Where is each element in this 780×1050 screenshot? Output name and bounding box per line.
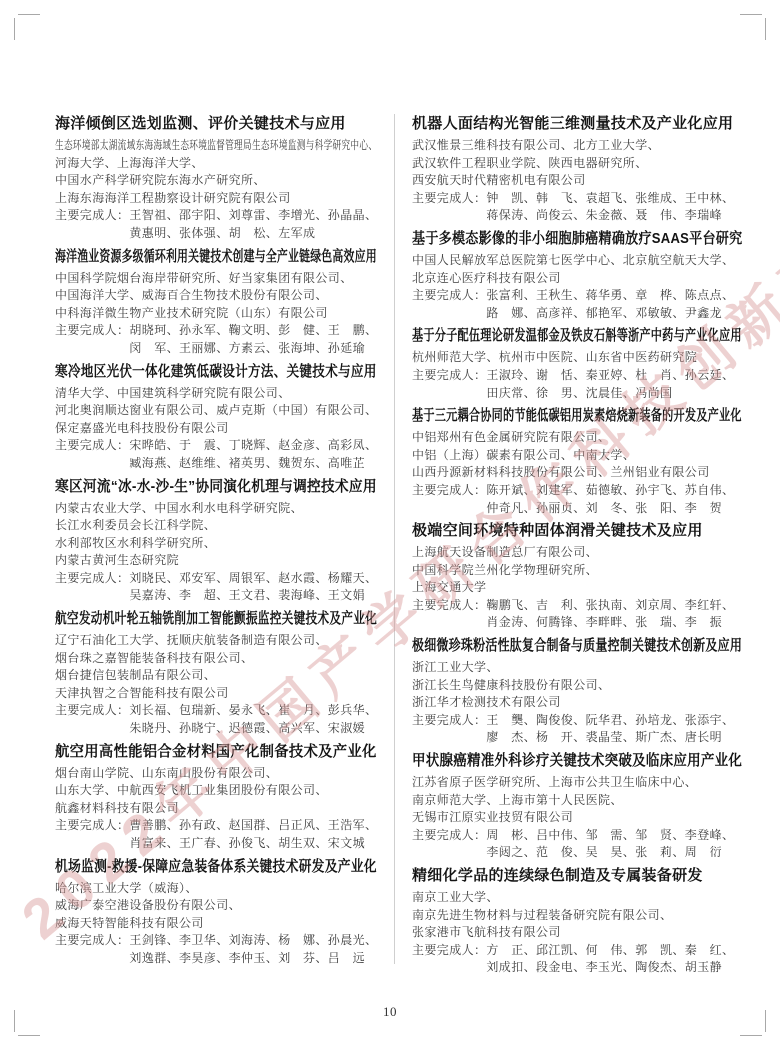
people-block: 主要完成人：钟 凯、韩 飞、袁超飞、张维成、王中林、蒋保涛、尚俊云、朱金薇、聂 … — [412, 190, 742, 225]
entry-title: 基于分子配伍理论研发温郁金及铁皮石斛等浙产中药与产业化应用 — [412, 326, 657, 346]
organization-line: 张家港市飞航科技有限公司 — [412, 924, 742, 942]
award-entry: 寒区河流“冰-水-沙-生”协同演化机理与调控技术应用内蒙古农业大学、中国水利水电… — [55, 477, 377, 606]
organization-line: 中国科学院烟台海岸带研究所、好当家集团有限公司、 — [55, 270, 377, 288]
people-line: 曹善鹏、孙有政、赵国群、吕正风、王浩军、 — [129, 817, 377, 835]
entry-title: 机器人面结构光智能三维测量技术及产业化应用 — [412, 114, 742, 134]
organization-line: 无锡市江原实业技贸有限公司 — [412, 809, 742, 827]
right-column: 机器人面结构光智能三维测量技术及产业化应用武汉惟景三维科技有限公司、北方工业大学… — [412, 110, 742, 977]
entry-title: 海洋渔业资源多级循环利用关键技术创建与全产业链绿色高效应用 — [55, 247, 289, 267]
people-line: 吴嘉涛、李 超、王文君、裴海峰、王文娟 — [129, 587, 377, 605]
organization-line: 南京先进生物材料与过程装备研究院有限公司、 — [412, 907, 742, 925]
document-page: 2022年中国产学研合作科技创新获奖名单 海洋倾倒区选划监测、评价关键技术与应用… — [0, 0, 780, 1050]
entry-title: 基于多模态影像的非小细胞肺癌精确放疗SAAS平台研究 — [412, 229, 699, 249]
award-entry: 基于多模态影像的非小细胞肺癌精确放疗SAAS平台研究中国人民解放军总医院第七医学… — [412, 229, 742, 322]
people-line: 路 娜、高彦祥、郁艳军、邓敏敏、尹鑫龙 — [486, 305, 742, 323]
organization-line: 威海广泰空港设备股份有限公司、 — [55, 897, 377, 915]
people-names: 周 彬、吕中伟、邹 需、邹 贤、李登峰、李闼之、范 俊、吴 昊、张 莉、周 衍 — [486, 827, 742, 862]
people-line: 钟 凯、韩 飞、袁超飞、张维成、王中林、 — [486, 190, 742, 208]
people-block: 主要完成人：曹善鹏、孙有政、赵国群、吕正风、王浩军、肖富来、王广春、孙俊飞、胡生… — [55, 817, 377, 852]
people-label: 主要完成人： — [412, 482, 486, 517]
organization-line: 北京连心医疗科技有限公司 — [412, 270, 742, 288]
organization-line: 南京工业大学、 — [412, 889, 742, 907]
cropmark-top-right-v — [765, 18, 766, 40]
entry-title: 基于三元耦合协同的节能低碳铝用炭素焙烧新装备的开发及产业化 — [412, 406, 657, 426]
award-entry: 极细微珍珠粉活性肽复合制备与质量控制关键技术创新及应用浙江工业大学、浙江长生鸟健… — [412, 636, 742, 747]
people-label: 主要完成人： — [412, 942, 486, 977]
people-names: 王淑玲、谢 恬、秦亚婷、杜 肖、孙云廷、田庆常、徐 男、沈晨佳、冯尚国 — [486, 367, 742, 402]
organization-line: 武汉软件工程职业学院、陕西电器研究所、 — [412, 155, 742, 173]
organization-line: 上海航天设备制造总厂有限公司、 — [412, 544, 742, 562]
people-names: 刘长福、包瑞新、晏永飞、崔 月、彭兵华、朱晓丹、孙晓宁、迟德霞、高兴军、宋淑媛 — [129, 702, 377, 737]
organization-line: 中国人民解放军总医院第七医学中心、北京航空航天大学、 — [412, 252, 742, 270]
organization-line: 生态环境部太湖流域东海海域生态环境监督管理局生态环境监测与科学研究中心、 — [55, 137, 287, 155]
people-line: 蒋保涛、尚俊云、朱金薇、聂 伟、李瑞峰 — [486, 207, 742, 225]
award-entry: 基于三元耦合协同的节能低碳铝用炭素焙烧新装备的开发及产业化中铝郑州有色金属研究院… — [412, 406, 742, 517]
people-block: 主要完成人：方 正、邱江凯、何 伟、郭 凯、秦 红、刘成扣、段金电、李玉光、陶俊… — [412, 942, 742, 977]
organization-line: 哈尔滨工业大学（威海）、 — [55, 880, 377, 898]
organization-line: 威海天特智能科技有限公司 — [55, 915, 377, 933]
people-line: 王剑锋、李卫华、刘海涛、杨 娜、孙晨光、 — [129, 932, 377, 950]
people-block: 主要完成人：刘长福、包瑞新、晏永飞、崔 月、彭兵华、朱晓丹、孙晓宁、迟德霞、高兴… — [55, 702, 377, 737]
award-entry: 甲状腺癌精准外科诊疗关键技术突破及临床应用产业化江苏省原子医学研究所、上海市公共… — [412, 751, 742, 862]
people-label: 主要完成人： — [55, 322, 129, 357]
award-entry: 机场监测-救援-保障应急装备体系关键技术研发及产业化哈尔滨工业大学（威海）、威海… — [55, 857, 377, 968]
people-line: 刘晓民、邓安军、周银军、赵水霞、杨耀天、 — [129, 570, 377, 588]
people-names: 鞠鹏飞、吉 利、张执南、刘京周、李红轩、肖金涛、何腾锋、李畔畔、张 瑞、李 振 — [486, 597, 742, 632]
people-names: 钟 凯、韩 飞、袁超飞、张维成、王中林、蒋保涛、尚俊云、朱金薇、聂 伟、李瑞峰 — [486, 190, 742, 225]
organization-line: 河海大学、上海海洋大学、 — [55, 155, 377, 173]
people-names: 王 龑、陶俊俊、阮华君、孙培龙、张添宇、廖 杰、杨 开、裘晶莹、斯广杰、唐长明 — [486, 712, 742, 747]
people-line: 宋晔皓、于 震、丁晓辉、赵金彦、高彩凤、 — [129, 437, 377, 455]
people-block: 主要完成人：陈开斌、刘建军、茹德敏、孙宇飞、苏自伟、仲奇凡、孙丽贞、刘 冬、张 … — [412, 482, 742, 517]
entry-title: 航空用高性能铝合金材料国产化制备技术及产业化 — [55, 742, 363, 762]
people-block: 主要完成人：张富利、王秋生、蒋华勇、章 桦、陈点点、路 娜、高彦祥、郁艳军、邓敏… — [412, 287, 742, 322]
people-names: 曹善鹏、孙有政、赵国群、吕正风、王浩军、肖富来、王广春、孙俊飞、胡生双、宋文城 — [129, 817, 377, 852]
people-line: 陈开斌、刘建军、茹德敏、孙宇飞、苏自伟、 — [486, 482, 742, 500]
organization-line: 武汉惟景三维科技有限公司、北方工业大学、 — [412, 137, 742, 155]
people-line: 胡晓珂、孙永军、鞠文明、彭 健、王 鹏、 — [129, 322, 377, 340]
entry-title: 极细微珍珠粉活性肽复合制备与质量控制关键技术创新及应用 — [412, 636, 676, 656]
people-block: 主要完成人：宋晔皓、于 震、丁晓辉、赵金彦、高彩凤、臧海燕、赵维维、褚英男、魏贺… — [55, 437, 377, 472]
people-names: 方 正、邱江凯、何 伟、郭 凯、秦 红、刘成扣、段金电、李玉光、陶俊杰、胡玉静 — [486, 942, 742, 977]
people-label: 主要完成人： — [55, 207, 129, 242]
cropmark-bottom-right-h — [740, 1035, 762, 1036]
people-label: 主要完成人： — [55, 702, 129, 737]
organization-line: 中国海洋大学、威海百合生物技术股份有限公司、 — [55, 287, 377, 305]
people-line: 黄惠明、张体强、胡 松、左军成 — [129, 225, 377, 243]
people-line: 臧海燕、赵维维、褚英男、魏贺东、高唯芷 — [129, 455, 377, 473]
people-line: 王 龑、陶俊俊、阮华君、孙培龙、张添宇、 — [486, 712, 742, 730]
organization-line: 江苏省原子医学研究所、上海市公共卫生临床中心、 — [412, 774, 742, 792]
entry-title: 甲状腺癌精准外科诊疗关键技术突破及临床应用产业化 — [412, 751, 709, 771]
people-names: 陈开斌、刘建军、茹德敏、孙宇飞、苏自伟、仲奇凡、孙丽贞、刘 冬、张 阳、李 贺 — [486, 482, 742, 517]
people-line: 周 彬、吕中伟、邹 需、邹 贤、李登峰、 — [486, 827, 742, 845]
people-line: 张富利、王秋生、蒋华勇、章 桦、陈点点、 — [486, 287, 742, 305]
cropmark-bottom-left-h — [18, 1035, 40, 1036]
entry-title: 寒区河流“冰-水-沙-生”协同演化机理与调控技术应用 — [55, 477, 349, 497]
people-label: 主要完成人： — [412, 287, 486, 322]
people-label: 主要完成人： — [55, 817, 129, 852]
people-line: 方 正、邱江凯、何 伟、郭 凯、秦 红、 — [486, 942, 742, 960]
organization-line: 上海东海海洋工程勘察设计研究院有限公司 — [55, 190, 377, 208]
people-line: 刘长福、包瑞新、晏永飞、崔 月、彭兵华、 — [129, 702, 377, 720]
people-line: 朱晓丹、孙晓宁、迟德霞、高兴军、宋淑媛 — [129, 720, 377, 738]
left-column: 海洋倾倒区选划监测、评价关键技术与应用生态环境部太湖流域东海海域生态环境监督管理… — [55, 110, 377, 977]
organization-line: 烟台南山学院、山东南山股份有限公司、 — [55, 765, 377, 783]
award-entry: 海洋渔业资源多级循环利用关键技术创建与全产业链绿色高效应用中国科学院烟台海岸带研… — [55, 247, 377, 358]
organization-line: 浙江华才检测技术有限公司 — [412, 694, 742, 712]
people-label: 主要完成人： — [412, 712, 486, 747]
people-names: 张富利、王秋生、蒋华勇、章 桦、陈点点、路 娜、高彦祥、郁艳军、邓敏敏、尹鑫龙 — [486, 287, 742, 322]
organization-line: 内蒙古农业大学、中国水利水电科学研究院、 — [55, 500, 377, 518]
organization-line: 山西丹源新材料科技股份有限公司、兰州铝业有限公司 — [412, 464, 742, 482]
entry-title: 极端空间环境特种固体润滑关键技术及应用 — [412, 521, 742, 541]
organization-line: 辽宁石油化工大学、抚顺庆航装备制造有限公司、 — [55, 632, 377, 650]
people-label: 主要完成人： — [412, 367, 486, 402]
organization-line: 长江水利委员会长江科学院、 — [55, 517, 377, 535]
award-entry: 机器人面结构光智能三维测量技术及产业化应用武汉惟景三维科技有限公司、北方工业大学… — [412, 114, 742, 225]
organization-line: 中铝郑州有色金属研究院有限公司、 — [412, 429, 742, 447]
organization-line: 山东大学、中航西安飞机工业集团股份有限公司、 — [55, 782, 377, 800]
people-block: 主要完成人：王智祖、邵宇阳、刘尊雷、李增光、孙晶晶、黄惠明、张体强、胡 松、左军… — [55, 207, 377, 242]
cropmark-top-left-v — [14, 18, 15, 40]
organization-line: 浙江工业大学、 — [412, 659, 742, 677]
award-entry: 寒冷地区光伏一体化建筑低碳设计方法、关键技术与应用清华大学、中国建筑科学研究院有… — [55, 362, 377, 473]
people-line: 李闼之、范 俊、吴 昊、张 莉、周 衍 — [486, 844, 742, 862]
people-line: 田庆常、徐 男、沈晨佳、冯尚国 — [486, 385, 742, 403]
organization-line: 天津执智之合智能科技有限公司 — [55, 685, 377, 703]
organization-line: 中国科学院兰州化学物理研究所、 — [412, 562, 742, 580]
organization-line: 烟台捷信包装制品有限公司、 — [55, 667, 377, 685]
people-line: 肖金涛、何腾锋、李畔畔、张 瑞、李 振 — [486, 614, 742, 632]
people-label: 主要完成人： — [412, 597, 486, 632]
page-number: 10 — [0, 1004, 780, 1020]
people-line: 仲奇凡、孙丽贞、刘 冬、张 阳、李 贺 — [486, 500, 742, 518]
people-line: 王淑玲、谢 恬、秦亚婷、杜 肖、孙云廷、 — [486, 367, 742, 385]
organization-line: 清华大学、中国建筑科学研究院有限公司、 — [55, 385, 377, 403]
organization-line: 烟台珠之嘉智能装备科技有限公司、 — [55, 650, 377, 668]
entry-title: 精细化学品的连续绿色制造及专属装备研发 — [412, 866, 742, 886]
people-block: 主要完成人：王淑玲、谢 恬、秦亚婷、杜 肖、孙云廷、田庆常、徐 男、沈晨佳、冯尚… — [412, 367, 742, 402]
organization-line: 内蒙古黄河生态研究院 — [55, 552, 377, 570]
organization-line: 水利部牧区水利科学研究所、 — [55, 535, 377, 553]
people-line: 刘成扣、段金电、李玉光、陶俊杰、胡玉静 — [486, 959, 742, 977]
people-block: 主要完成人：鞠鹏飞、吉 利、张执南、刘京周、李红轩、肖金涛、何腾锋、李畔畔、张 … — [412, 597, 742, 632]
people-block: 主要完成人：周 彬、吕中伟、邹 需、邹 贤、李登峰、李闼之、范 俊、吴 昊、张 … — [412, 827, 742, 862]
people-block: 主要完成人：王剑锋、李卫华、刘海涛、杨 娜、孙晨光、刘逸群、李昊彦、李仲玉、刘 … — [55, 932, 377, 967]
people-names: 胡晓珂、孙永军、鞠文明、彭 健、王 鹏、闵 军、王丽娜、方素云、张海坤、孙延瑜 — [129, 322, 377, 357]
organization-line: 中铝（上海）碳素有限公司、中南大学、 — [412, 447, 742, 465]
organization-line: 河北奥润顺达窗业有限公司、威卢克斯（中国）有限公司、 — [55, 402, 377, 420]
people-names: 宋晔皓、于 震、丁晓辉、赵金彦、高彩凤、臧海燕、赵维维、褚英男、魏贺东、高唯芷 — [129, 437, 377, 472]
people-line: 廖 杰、杨 开、裘晶莹、斯广杰、唐长明 — [486, 729, 742, 747]
column-divider — [394, 114, 395, 964]
people-names: 王智祖、邵宇阳、刘尊雷、李增光、孙晶晶、黄惠明、张体强、胡 松、左军成 — [129, 207, 377, 242]
entry-title: 海洋倾倒区选划监测、评价关键技术与应用 — [55, 114, 377, 134]
organization-line: 保定嘉盛光电科技股份有限公司 — [55, 420, 377, 438]
people-label: 主要完成人： — [412, 190, 486, 225]
people-names: 刘晓民、邓安军、周银军、赵水霞、杨耀天、吴嘉涛、李 超、王文君、裴海峰、王文娟 — [129, 570, 377, 605]
cropmark-top-right-h — [740, 14, 762, 15]
organization-line: 中国水产科学研究院东海水产研究所、 — [55, 172, 377, 190]
entry-title: 机场监测-救援-保障应急装备体系关键技术研发及产业化 — [55, 857, 329, 877]
award-entry: 基于分子配伍理论研发温郁金及铁皮石斛等浙产中药与产业化应用杭州师范大学、杭州市中… — [412, 326, 742, 402]
people-names: 王剑锋、李卫华、刘海涛、杨 娜、孙晨光、刘逸群、李昊彦、李仲玉、刘 芬、吕 远 — [129, 932, 377, 967]
organization-line: 南京师范大学、上海市第十人民医院、 — [412, 792, 742, 810]
organization-line: 航鑫材料科技有限公司 — [55, 800, 377, 818]
people-label: 主要完成人： — [55, 932, 129, 967]
people-label: 主要完成人： — [412, 827, 486, 862]
award-entry: 极端空间环境特种固体润滑关键技术及应用上海航天设备制造总厂有限公司、中国科学院兰… — [412, 521, 742, 632]
award-list: 海洋倾倒区选划监测、评价关键技术与应用生态环境部太湖流域东海海域生态环境监督管理… — [55, 110, 742, 977]
people-block: 主要完成人：胡晓珂、孙永军、鞠文明、彭 健、王 鹏、闵 军、王丽娜、方素云、张海… — [55, 322, 377, 357]
organization-line: 上海交通大学 — [412, 579, 742, 597]
entry-title: 航空发动机叶轮五轴铣削加工智能颤振监控关键技术及产业化 — [55, 609, 306, 629]
people-block: 主要完成人：王 龑、陶俊俊、阮华君、孙培龙、张添宇、廖 杰、杨 开、裘晶莹、斯广… — [412, 712, 742, 747]
people-block: 主要完成人：刘晓民、邓安军、周银军、赵水霞、杨耀天、吴嘉涛、李 超、王文君、裴海… — [55, 570, 377, 605]
people-label: 主要完成人： — [55, 570, 129, 605]
award-entry: 航空用高性能铝合金材料国产化制备技术及产业化烟台南山学院、山东南山股份有限公司、… — [55, 742, 377, 853]
people-line: 王智祖、邵宇阳、刘尊雷、李增光、孙晶晶、 — [129, 207, 377, 225]
people-line: 闵 军、王丽娜、方素云、张海坤、孙延瑜 — [129, 340, 377, 358]
people-line: 肖富来、王广春、孙俊飞、胡生双、宋文城 — [129, 835, 377, 853]
people-line: 鞠鹏飞、吉 利、张执南、刘京周、李红轩、 — [486, 597, 742, 615]
organization-line: 西安航天时代精密机电有限公司 — [412, 172, 742, 190]
cropmark-top-left-h — [18, 14, 40, 15]
award-entry: 精细化学品的连续绿色制造及专属装备研发南京工业大学、南京先进生物材料与过程装备研… — [412, 866, 742, 977]
award-entry: 海洋倾倒区选划监测、评价关键技术与应用生态环境部太湖流域东海海域生态环境监督管理… — [55, 114, 377, 243]
people-label: 主要完成人： — [55, 437, 129, 472]
people-line: 刘逸群、李昊彦、李仲玉、刘 芬、吕 远 — [129, 950, 377, 968]
organization-line: 杭州师范大学、杭州市中医院、山东省中医药研究院 — [412, 349, 742, 367]
organization-line: 中科海洋微生物产业技术研究院（山东）有限公司 — [55, 305, 377, 323]
award-entry: 航空发动机叶轮五轴铣削加工智能颤振监控关键技术及产业化辽宁石油化工大学、抚顺庆航… — [55, 609, 377, 738]
entry-title: 寒冷地区光伏一体化建筑低碳设计方法、关键技术与应用 — [55, 362, 326, 382]
organization-line: 浙江长生鸟健康科技股份有限公司、 — [412, 677, 742, 695]
